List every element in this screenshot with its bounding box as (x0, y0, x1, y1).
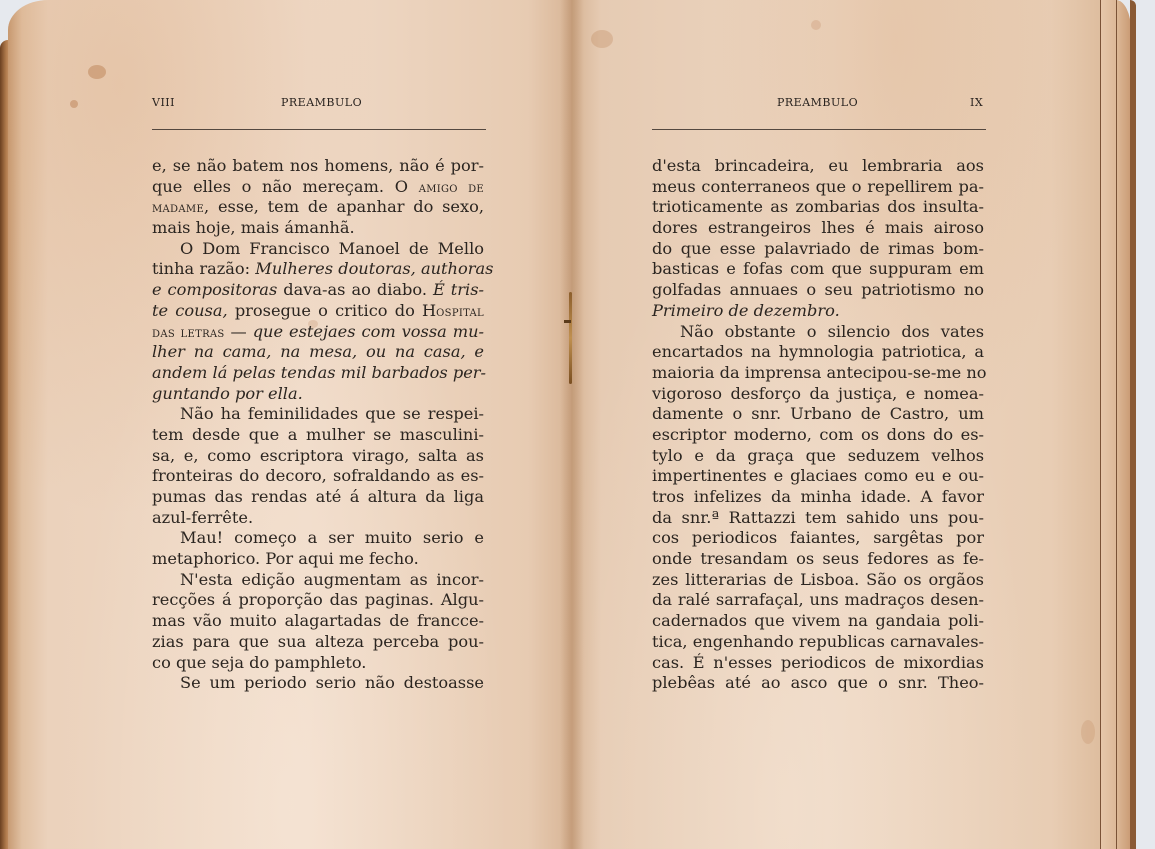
text-line: Não obstante o silencio dos vates (652, 322, 984, 343)
text-line: mais hoje, mais ámanhã. (152, 218, 484, 239)
page-edge (1100, 0, 1117, 849)
header-rule-right (652, 129, 986, 130)
text-line: basticas e fofas com que suppuram em (652, 259, 984, 280)
text-line: mas vão muito alagartadas de francce- (152, 611, 484, 632)
page-number-right: IX (970, 96, 983, 109)
text-line: Mau! começo a ser muito serio e (152, 528, 484, 549)
text-line: tica, engenhando republicas carnavales- (652, 632, 984, 653)
header-rule-left (152, 129, 486, 130)
text-line: Primeiro de dezembro. (652, 301, 984, 322)
text-line: tylo e da graça que seduzem velhos (652, 446, 984, 467)
text-line: e, se não batem nos homens, não é por- (152, 156, 484, 177)
text-line: pumas das rendas até á altura da liga (152, 487, 484, 508)
text-line: plebêas até ao asco que o snr. Theo- (652, 673, 984, 694)
text-line: trioticamente as zombarias dos insulta- (652, 197, 984, 218)
page-number-left: VIII (152, 96, 175, 109)
text-line: meus conterraneos que o repellirem pa- (652, 177, 984, 198)
running-head-right: PREAMBULO (777, 96, 858, 109)
text-line: co que seja do pamphleto. (152, 653, 484, 674)
left-page-body: e, se não batem nos homens, não é por- q… (152, 156, 484, 694)
text-line: damente o snr. Urbano de Castro, um (652, 404, 984, 425)
text-line: das letras — que estejaes com vossa mu- (152, 322, 484, 343)
text-line: cadernados que vivem na gandaia poli- (652, 611, 984, 632)
text-line: dores estrangeiros lhes é mais airoso (652, 218, 984, 239)
text-line: maioria da imprensa antecipou-se-me no (652, 363, 984, 384)
page-edge (1116, 0, 1131, 849)
book-spread: VIII PREAMBULO PREAMBULO IX e, se não ba… (0, 0, 1155, 849)
text-line: Se um periodo serio não destoasse (152, 673, 484, 694)
text-line: guntando por ella. (152, 384, 484, 405)
text-line: fronteiras do decoro, sofraldando as es- (152, 466, 484, 487)
text-line: impertinentes e glaciaes como eu e ou- (652, 466, 984, 487)
text-line: que elles o não mereçam. O amigo de (152, 177, 484, 198)
binding-staple (569, 292, 572, 384)
text-line: zias para que sua alteza perceba pou- (152, 632, 484, 653)
text-line: cas. É n'esses periodicos de mixordias (652, 653, 984, 674)
book-gutter (560, 0, 584, 849)
text-line: te cousa, prosegue o critico do Hospital (152, 301, 484, 322)
text-line: da ralé sarrafaçal, uns madraços desen- (652, 590, 984, 611)
text-line: d'esta brincadeira, eu lembraria aos (652, 156, 984, 177)
text-line: lher na cama, na mesa, ou na casa, e (152, 342, 484, 363)
text-line: cos periodicos faiantes, sargêtas por (652, 528, 984, 549)
text-line: Não ha feminilidades que se respei- (152, 404, 484, 425)
text-line: O Dom Francisco Manoel de Mello (152, 239, 484, 260)
text-line: onde tresandam os seus fedores as fe- (652, 549, 984, 570)
text-line: do que esse palavriado de rimas bom- (652, 239, 984, 260)
text-line: zes litterarias de Lisboa. São os orgãos (652, 570, 984, 591)
text-line: sa, e, como escriptora virago, salta as (152, 446, 484, 467)
running-head-left: PREAMBULO (281, 96, 362, 109)
text-line: e compositoras dava-as ao diabo. É tris- (152, 280, 484, 301)
text-line: tros infelizes da minha idade. A favor (652, 487, 984, 508)
text-line: N'esta edição augmentam as incor- (152, 570, 484, 591)
text-line: metaphorico. Por aqui me fecho. (152, 549, 484, 570)
text-line: tem desde que a mulher se masculini- (152, 425, 484, 446)
text-line: madame, esse, tem de apanhar do sexo, (152, 197, 484, 218)
text-line: vigoroso desforço da justiça, e nomea- (652, 384, 984, 405)
cover-edge (1130, 0, 1136, 849)
text-line: recções á proporção das paginas. Algu- (152, 590, 484, 611)
text-line: golfadas annuaes o seu patriotismo no (652, 280, 984, 301)
text-line: azul-ferrête. (152, 508, 484, 529)
text-line: tinha razão: Mulheres doutoras, authoras (152, 259, 484, 280)
right-page-body: d'esta brincadeira, eu lembraria aos meu… (652, 156, 984, 694)
text-line: encartados na hymnologia patriotica, a (652, 342, 984, 363)
text-line: andem lá pelas tendas mil barbados per- (152, 363, 484, 384)
text-line: escriptor moderno, com os dons do es- (652, 425, 984, 446)
text-line: da snr.ª Rattazzi tem sahido uns pou- (652, 508, 984, 529)
